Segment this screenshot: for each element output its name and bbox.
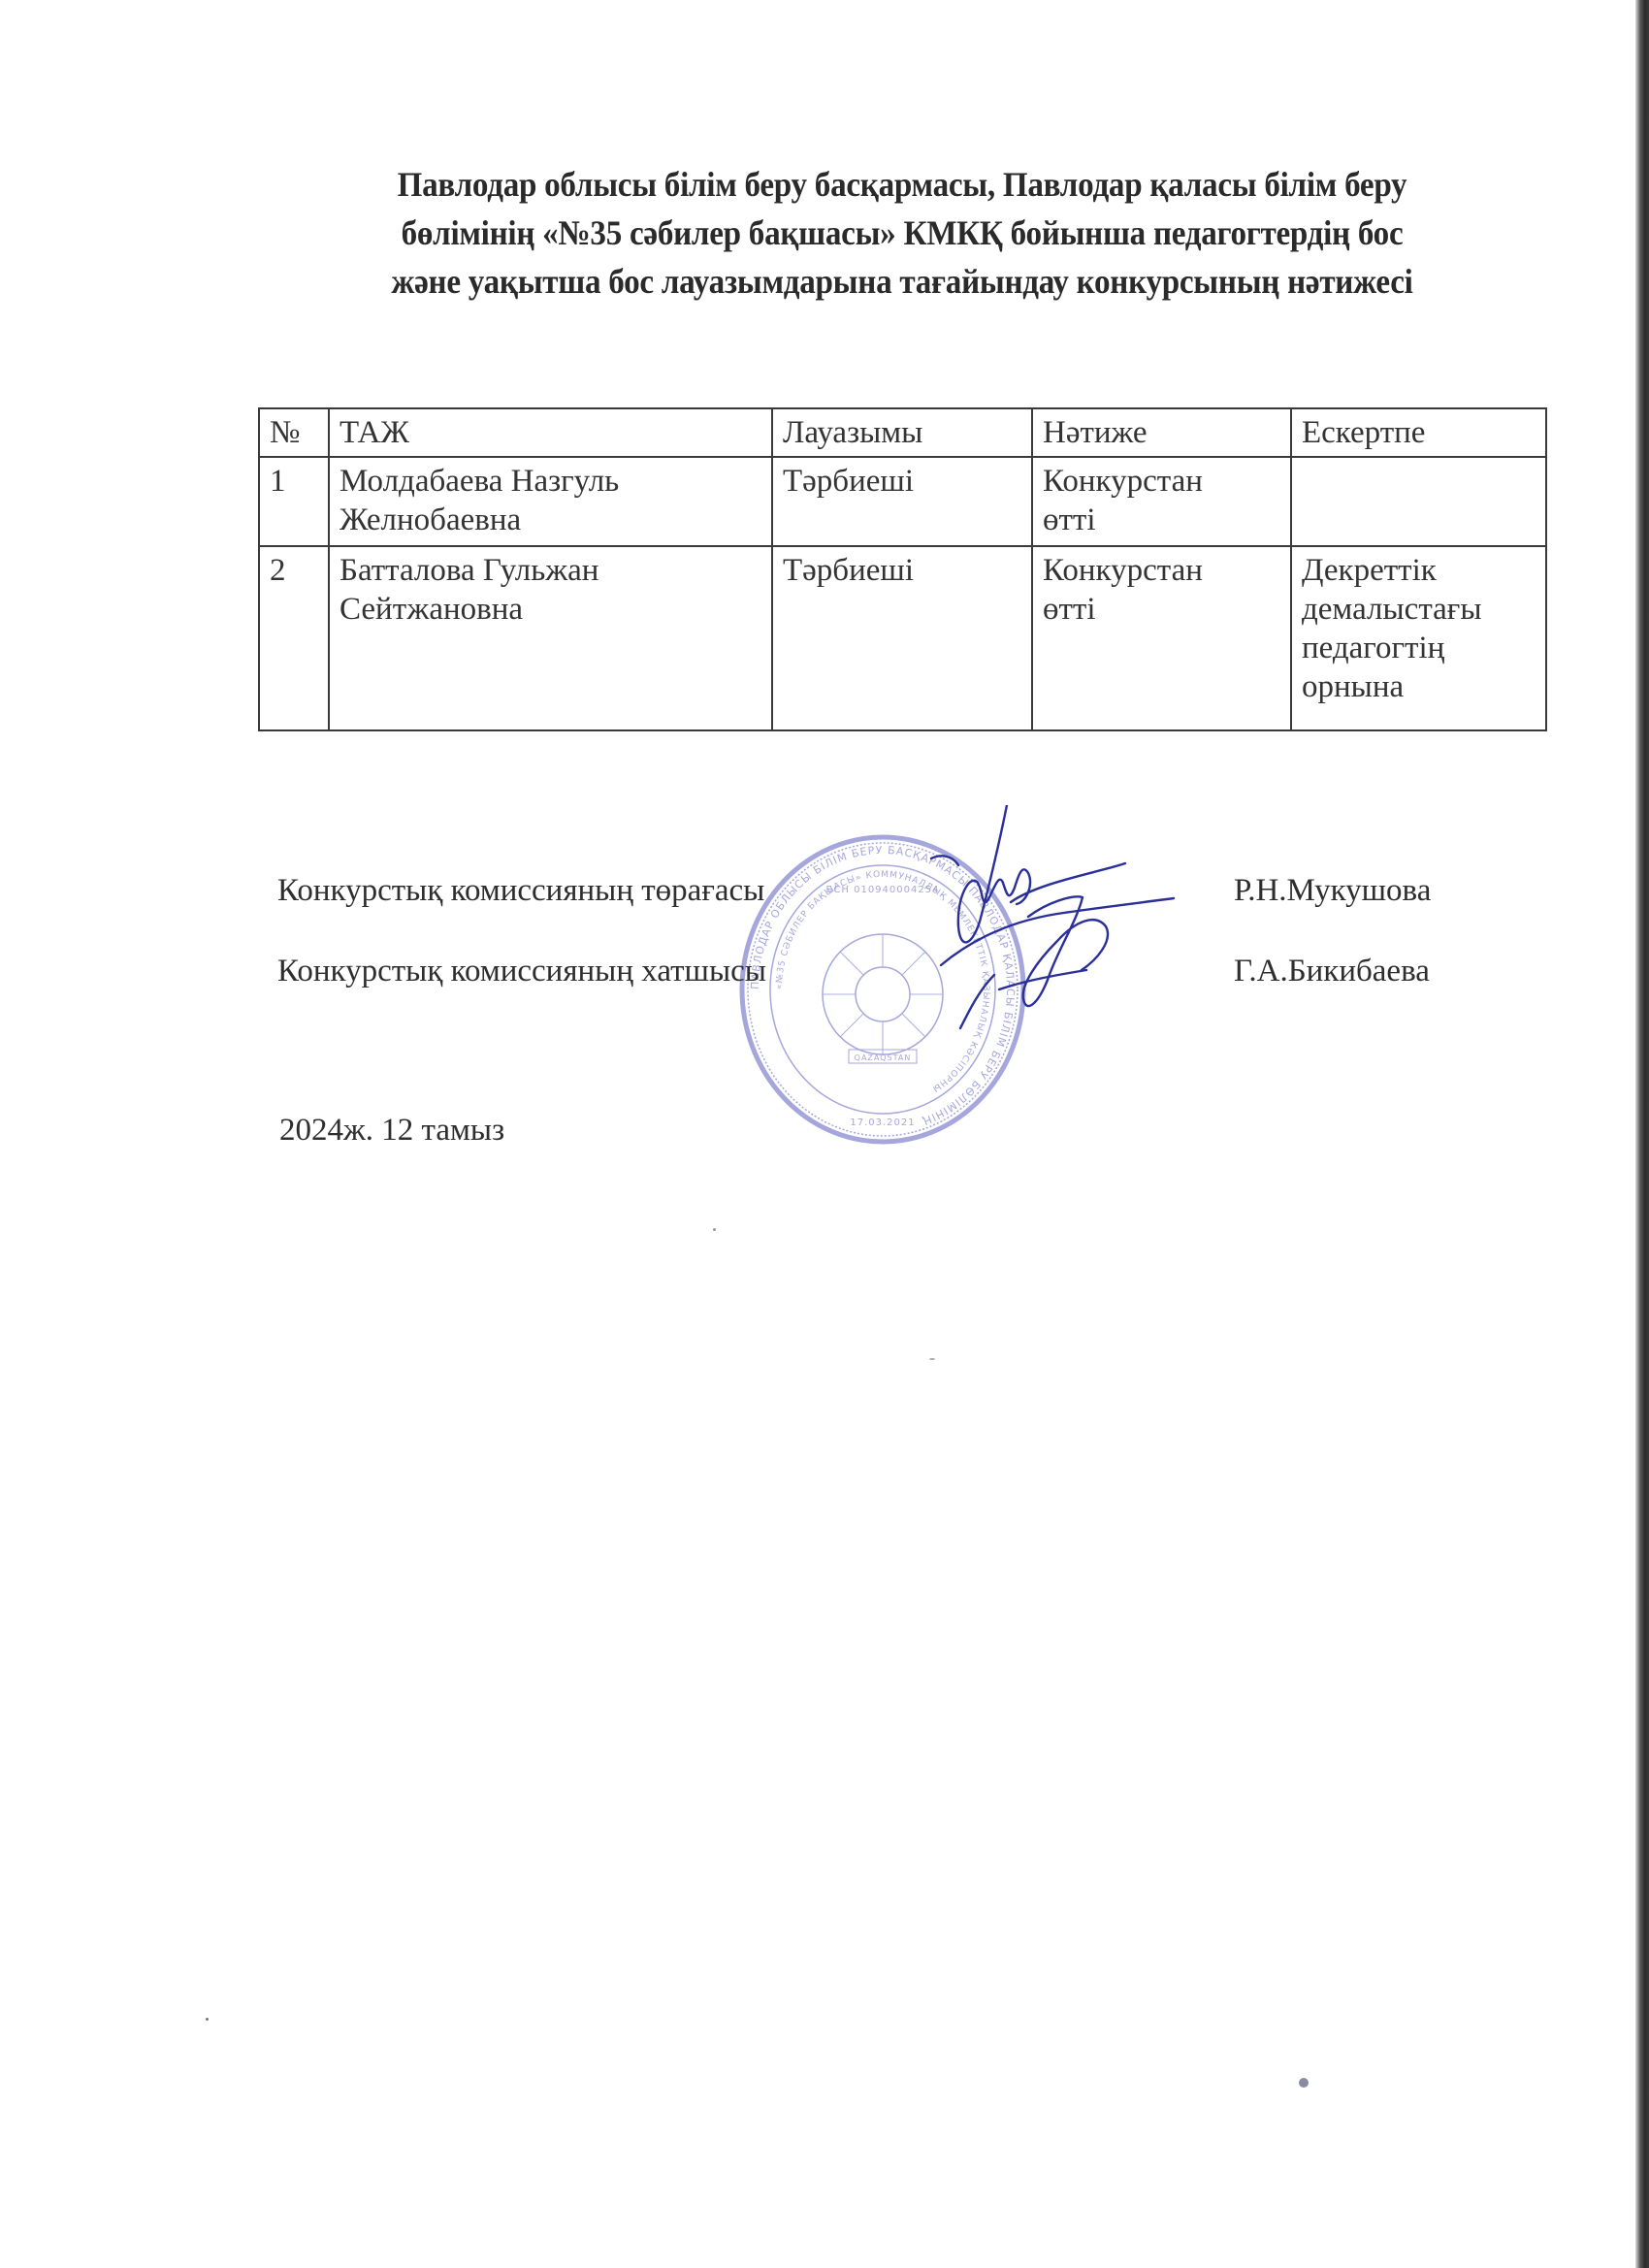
document-date: 2024ж. 12 тамыз [279,1113,504,1149]
cell-position: Тәрбиеші [772,457,1032,546]
results-table: № ТАЖ Лауазымы Нәтиже Ескертпе 1 Молдаба… [258,407,1547,731]
scan-edge-shadow [1635,0,1649,2268]
scan-speck [713,1228,716,1231]
note-line: педагогтің [1302,629,1536,667]
stamp-emblem-label: QAZAQSTAN [855,1053,912,1062]
stamp-date: 17.03.2021 [850,1118,915,1128]
title-line: бөлімінің «№35 сәбилер бақшасы» КМКҚ бой… [322,209,1482,257]
handwritten-signatures-icon [902,805,1193,1038]
header-result: Нәтиже [1032,408,1291,457]
name-line: Сейтжановна [339,590,761,629]
note-line: демалыстағы [1302,590,1536,629]
secretary-name: Г.А.Бикибаева [1234,954,1430,989]
cell-result: Конкурстан өтті [1032,546,1291,730]
title-line: және уақытша бос лауазымдарына тағайында… [322,257,1482,306]
name-line: Батталова Гульжан [339,551,761,590]
header-note: Ескертпе [1291,408,1546,457]
result-line: өтті [1043,590,1280,629]
header-number: № [259,408,329,457]
cell-name: Батталова Гульжан Сейтжановна [329,546,772,730]
scan-speck [929,1358,935,1360]
chairman-name: Р.Н.Мукушова [1234,873,1431,909]
scan-speck [1299,2078,1309,2088]
table-header-row: № ТАЖ Лауазымы Нәтиже Ескертпе [259,408,1546,457]
table-row: 2 Батталова Гульжан Сейтжановна Тәрбиеші… [259,546,1546,730]
scan-speck [206,2018,209,2021]
cell-result: Конкурстан өтті [1032,457,1291,546]
header-name: ТАЖ [329,408,772,457]
note-line: орнына [1302,667,1536,706]
cell-number: 1 [259,457,329,546]
cell-number: 2 [259,546,329,730]
document-title: Павлодар облысы білім беру басқармасы, П… [322,160,1482,306]
name-line: Желнобаевна [339,501,761,539]
cell-position: Тәрбиеші [772,546,1032,730]
result-line: Конкурстан [1043,462,1280,501]
name-line: Молдабаева Назгуль [339,462,761,501]
note-line: Декреттік [1302,551,1536,590]
cell-name: Молдабаева Назгуль Желнобаевна [329,457,772,546]
cell-note [1291,457,1546,546]
chairman-role: Конкурстық комиссияның төрағасы [277,873,764,909]
secretary-role: Конкурстық комиссияның хатшысы [277,954,766,989]
result-line: Конкурстан [1043,551,1280,590]
table-row: 1 Молдабаева Назгуль Желнобаевна Тәрбиеш… [259,457,1546,546]
result-line: өтті [1043,501,1280,539]
title-line: Павлодар облысы білім беру басқармасы, П… [322,160,1482,209]
header-position: Лауазымы [772,408,1032,457]
cell-note: Декреттік демалыстағы педагогтің орнына [1291,546,1546,730]
